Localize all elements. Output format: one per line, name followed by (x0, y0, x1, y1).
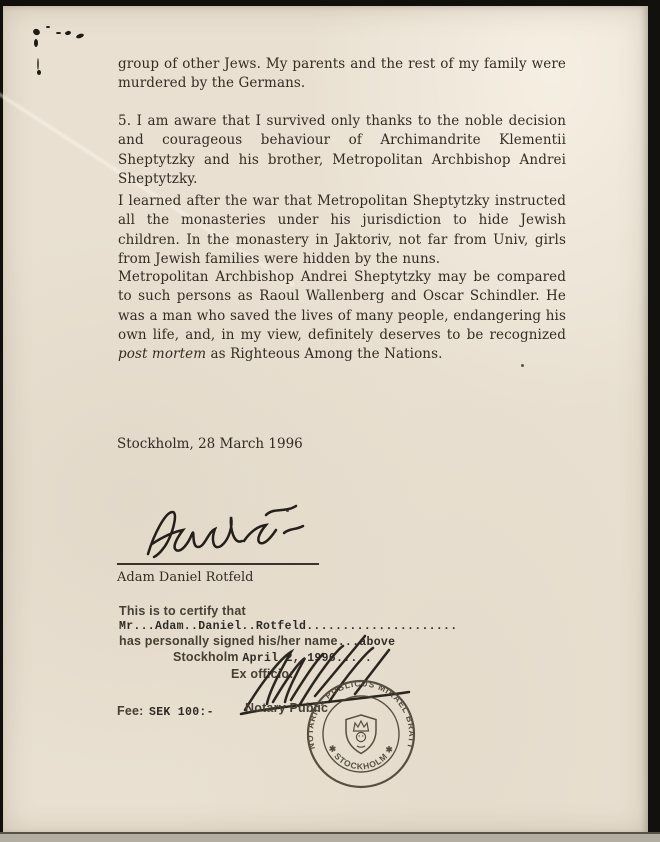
document-page: group of other Jews. My parents and the … (3, 6, 648, 834)
certify-line: This is to certify that (119, 604, 246, 618)
scan-edge-right (648, 0, 660, 842)
ink-mark (46, 26, 50, 28)
fee-label: Fee: (117, 704, 144, 718)
typed-fee-value: SEK 100:- (149, 706, 214, 719)
paragraph-righteous: Metropolitan Archbishop Andrei Sheptytzk… (118, 268, 566, 364)
ink-mark (65, 30, 72, 35)
notary-seal-stamp: NOTARIUS PUBLICUS MIKAEL BRATT ✱ STOCKHO… (303, 676, 419, 792)
paragraph-family-murdered: group of other Jews. My parents and the … (118, 55, 566, 94)
signature-line (117, 563, 319, 565)
scan-edge-bottom (0, 832, 660, 842)
ink-mark (32, 28, 41, 37)
post-mortem-italic: post mortem (118, 346, 206, 362)
paragraph-point-5: 5. I am aware that I survived only thank… (118, 112, 566, 189)
ink-mark (37, 70, 41, 75)
paragraph-monasteries: I learned after the war that Metropolita… (118, 192, 566, 269)
signatory-name: Adam Daniel Rotfeld (117, 570, 253, 585)
ink-mark (76, 33, 85, 39)
ink-mark (34, 39, 38, 47)
rotfeld-signature (138, 502, 328, 564)
ink-mark (56, 32, 61, 34)
ink-streak (37, 58, 39, 70)
paragraph-righteous-text: Metropolitan Archbishop Andrei Sheptytzk… (118, 269, 566, 343)
paragraph-righteous-tail: as Righteous Among the Nations. (206, 346, 442, 362)
seal-crowned-head-emblem (346, 715, 376, 754)
place-label: Stockholm (173, 650, 239, 664)
dateline: Stockholm, 28 March 1996 (117, 436, 303, 452)
